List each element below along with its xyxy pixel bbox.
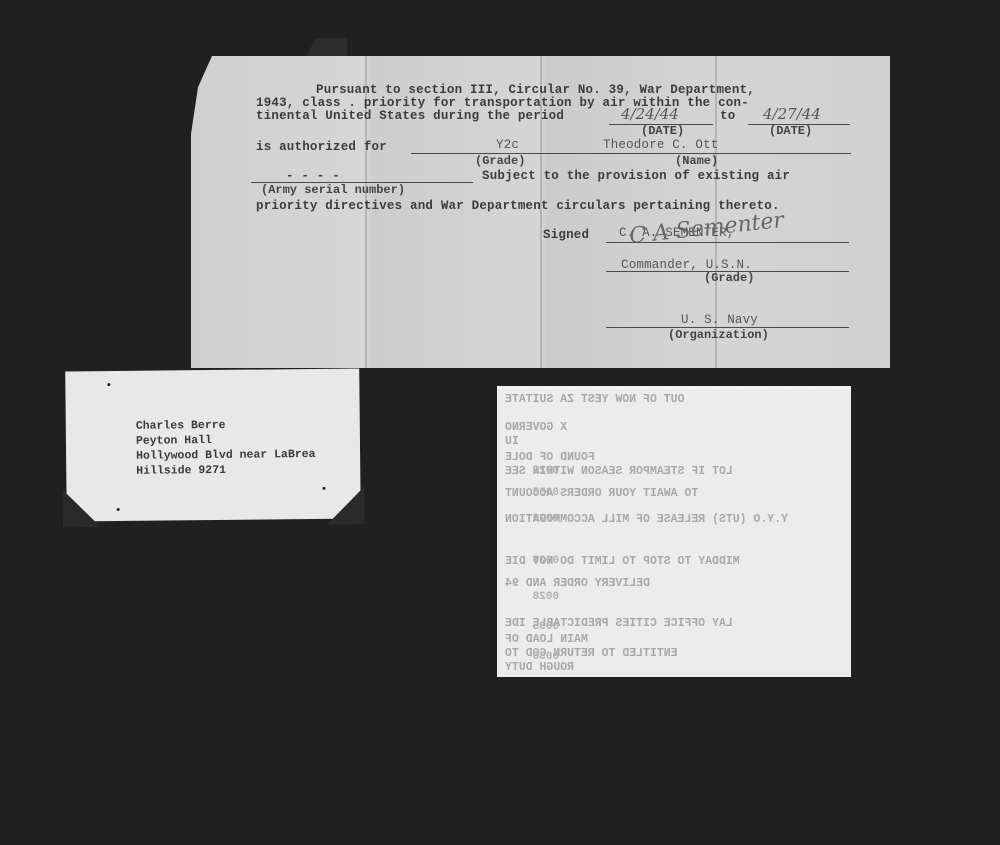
slip-row: IU <box>505 435 519 448</box>
air-priority-authorization-form: Pursuant to section III, Circular No. 39… <box>191 56 890 368</box>
grade-label: (Grade) <box>475 154 525 168</box>
signer-grade-value: Commander, U.S.N. <box>621 258 752 272</box>
slip-number: 0022 <box>533 465 559 477</box>
pin-hole <box>107 383 110 386</box>
signer-grade-label: (Grade) <box>704 271 754 285</box>
authorized-for-text: is authorized for <box>256 140 387 154</box>
slip-number: 0030 <box>533 651 559 663</box>
organization-label: (Organization) <box>668 328 769 342</box>
form-line-1: Pursuant to section III, Circular No. 39… <box>316 83 755 97</box>
name-label: (Name) <box>675 154 718 168</box>
signed-label: Signed <box>543 228 589 242</box>
address-street: Hollywood Blvd near LaBrea <box>136 448 316 463</box>
photo-corner-icon <box>326 486 364 524</box>
slip-row: FOUND OF DOLE <box>505 451 595 464</box>
serial-label: (Army serial number) <box>261 183 405 197</box>
to-word: to <box>720 109 735 123</box>
photo-corner-icon <box>62 489 100 527</box>
serial-value: - - - - <box>286 169 340 183</box>
pin-hole <box>322 487 325 490</box>
date-from-label: (DATE) <box>641 124 684 138</box>
slip-number: 0020 <box>533 513 559 525</box>
address-name: Charles Berre <box>136 419 226 433</box>
address-card: Charles Berre Peyton Hall Hollywood Blvd… <box>65 368 361 521</box>
slip-row: X GOVERNO <box>505 421 567 434</box>
address-block: Charles Berre Peyton Hall Hollywood Blvd… <box>136 417 316 479</box>
slip-number: 0035 <box>533 621 559 633</box>
date-from-value: 4/24/44 <box>621 105 679 123</box>
address-phone: Hillside 9271 <box>136 464 226 478</box>
address-building: Peyton Hall <box>136 434 212 448</box>
signature-line <box>606 242 849 243</box>
organization-value: U. S. Navy <box>681 313 758 327</box>
slip-row: DELIVERY ORDER AND 94 <box>505 577 650 590</box>
form-line-3: tinental United States during the period <box>256 109 564 123</box>
slip-row: ENTITLED TO RETURN COD TO <box>505 647 678 660</box>
date-to-label: (DATE) <box>769 124 812 138</box>
slip-number: 0028 <box>533 591 559 603</box>
grade-value: Y2c <box>496 138 519 152</box>
subject-text: Subject to the provision of existing air <box>482 169 790 183</box>
slip-row: OUT OF NOW YEST ZA SUITATE <box>505 393 684 406</box>
name-value: Theodore C. Ott <box>603 138 719 152</box>
pin-hole <box>117 508 120 511</box>
slip-row: MAIN LOAD OF <box>505 633 588 646</box>
photo-mount-corner <box>307 38 347 56</box>
date-to-value: 4/27/44 <box>763 105 821 123</box>
slip-number: 0055 <box>533 487 559 499</box>
slip-number: 0020 <box>533 555 559 567</box>
directives-text: priority directives and War Department c… <box>256 199 780 213</box>
mirrored-text-block: OUT OF NOW YEST ZA SUITATE X GOVERNO IU … <box>497 389 851 677</box>
mirrored-slip: OUT OF NOW YEST ZA SUITATE X GOVERNO IU … <box>497 386 851 677</box>
